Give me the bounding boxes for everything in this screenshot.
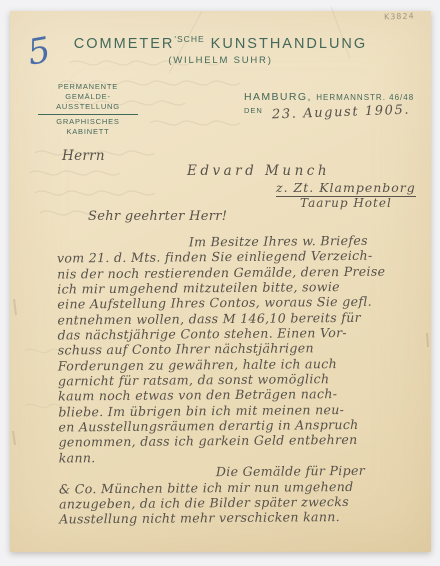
letter-body: Im Besitze Ihres w. Briefes vom 21. d. M…	[57, 233, 405, 528]
dept-divider	[38, 114, 138, 115]
body-line: nis der noch restierenden Gemälde, deren…	[57, 263, 402, 281]
recipient-hotel: Taarup Hotel	[300, 196, 392, 210]
company-rest: KUNSTHANDLUNG	[211, 36, 368, 52]
recipient-location: z. Zt. Klampenborg	[276, 180, 416, 197]
date-handwritten: 23. August 1905.	[272, 103, 411, 123]
body-line: entnehmen wollen, dass M 146,10 bereits …	[57, 309, 402, 327]
company-suffix: 'SCHE	[174, 34, 204, 44]
body-line: Ausstellung nicht mehr verschicken kann.	[59, 509, 404, 527]
company-main: COMMETER	[74, 36, 175, 52]
recipient-prefix: Herrn	[62, 148, 105, 164]
letterhead-department-block: PERMANENTE GEMÄLDE-AUSSTELLUNG GRAPHISCH…	[36, 82, 140, 137]
dept-line-permanente: PERMANENTE	[36, 82, 140, 92]
letterhead-proprietor: (WILHELM SUHR)	[10, 55, 431, 66]
dept-line-gemaelde: GEMÄLDE-AUSSTELLUNG	[36, 92, 140, 112]
city-label: HAMBURG,	[244, 91, 312, 103]
pencil-catalog-number: K3824	[384, 11, 415, 21]
letter-scan-paper: K3824 5 COMMETER'SCHE KUNSTHANDLUNG (WIL…	[10, 11, 431, 552]
body-line: genommen, dass ich garkein Geld entbehre…	[58, 432, 403, 450]
recipient-name: Edvard Munch	[187, 163, 330, 179]
letterhead-company-name: COMMETER'SCHE KUNSTHANDLUNG	[10, 34, 431, 52]
salutation: Sehr geehrter Herr!	[88, 209, 227, 224]
body-line: & Co. München bitte ich mir nun umgehend	[59, 478, 404, 496]
dept-line-graphisches: GRAPHISCHES KABINETT	[36, 117, 140, 137]
street-label: HERMANNSTR. 46/48	[316, 93, 414, 102]
date-printed-label: DEN	[244, 106, 263, 115]
date-line: DEN 23. August 1905.	[244, 103, 410, 121]
